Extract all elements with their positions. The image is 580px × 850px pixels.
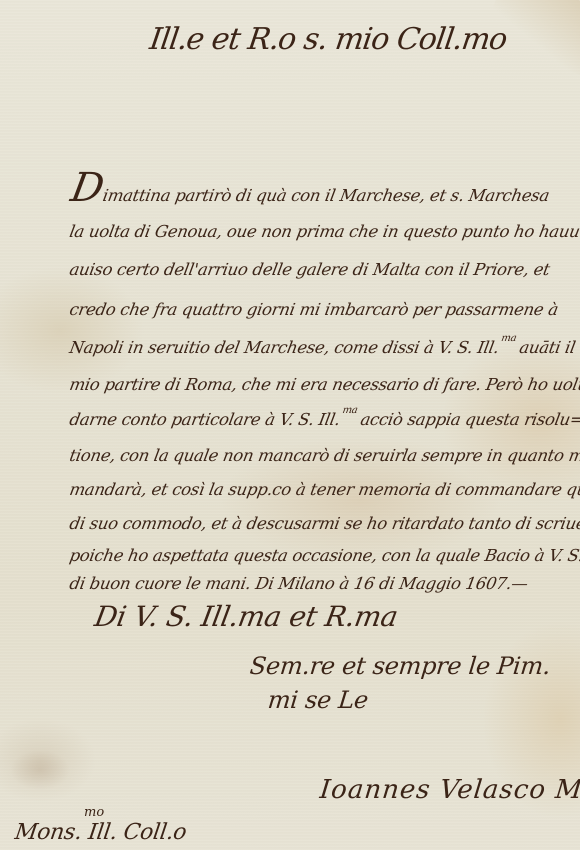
address-superscript: mo	[84, 805, 104, 820]
body-line-4: credo che fra quattro giorni mi imbarcar…	[68, 300, 560, 319]
body-line-11: poiche ho aspettata questa occasione, co…	[68, 546, 580, 565]
body-line-10: di suo commodo, et à descusarmi se ho ri…	[68, 514, 580, 533]
body-line-8: tione, con la quale non mancarò di serui…	[68, 446, 580, 465]
body-line-1: Dimattina partirò di quà con il Marchese…	[68, 168, 554, 208]
humble-service-line-2: mi se Le	[267, 686, 370, 714]
body-line-9: mandarà, et così la supp.co à tener memo…	[68, 480, 580, 499]
closing-formula: Di V. S. Ill.ma et R.ma	[92, 600, 400, 633]
humble-service-line-1: Sem.re et sempre le Pim.	[249, 652, 552, 680]
body-line-2: la uolta di Genoua, oue non prima che in…	[68, 222, 580, 241]
body-line-7: darne conto particolare à V. S. Ill.ma a…	[68, 410, 580, 429]
signature: Ioannes Velasco Mona...	[318, 775, 580, 805]
body-line-6: mio partire di Roma, che mi era necessar…	[68, 375, 580, 394]
body-line-5: Napoli in seruitio del Marchese, come di…	[68, 338, 577, 357]
salutation: Ill.e et R.o s. mio Coll.mo	[148, 22, 509, 57]
body-line-3: auiso certo dell'arriuo delle galere di …	[68, 260, 551, 279]
address-line: Mons. Ill. Coll.o	[13, 820, 188, 845]
seal-smudge	[10, 750, 70, 790]
letter-page: Ill.e et R.o s. mio Coll.mo Dimattina pa…	[0, 0, 580, 850]
body-line-12-date: di buon cuore le mani. Di Milano à 16 di…	[68, 574, 529, 593]
salutation-text: Ill.e et R.o s. mio Coll.mo	[148, 22, 509, 57]
